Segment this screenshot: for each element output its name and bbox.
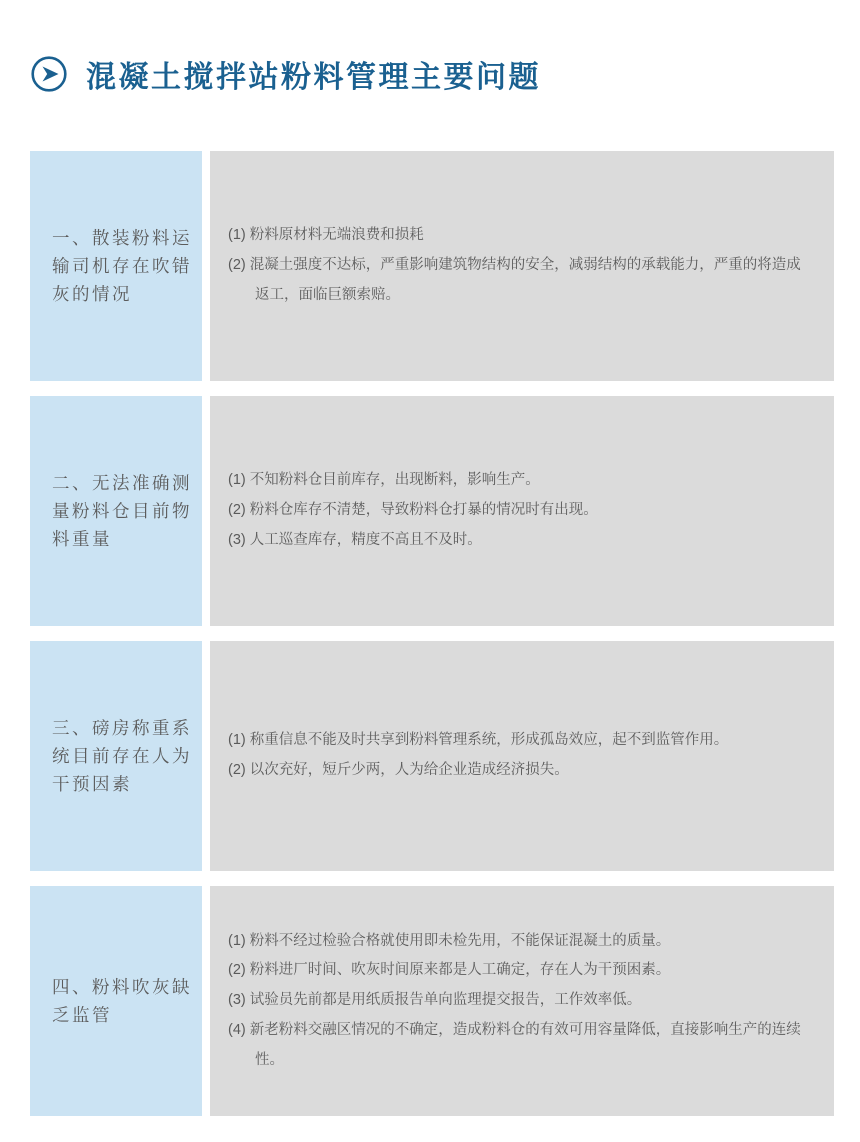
row-label-1: 一、散装粉料运 输司机存在吹错 灰的情况 [30, 151, 202, 381]
arrow-circle-icon [30, 55, 68, 93]
page-title: 混凝土搅拌站粉料管理主要问题 [86, 52, 541, 96]
content-item: (1) 粉料不经过检验合格就使用即未检先用，不能保证混凝土的质量。 [228, 927, 814, 957]
content-item: (2) 以次充好，短斤少两，人为给企业造成经济损失。 [228, 756, 814, 786]
content-item: (2) 粉料进厂时间、吹灰时间原来都是人工确定，存在人为干预困素。 [228, 956, 814, 986]
problem-row-1: 一、散装粉料运 输司机存在吹错 灰的情况 (1) 粉料原材料无端浪费和损耗(2)… [30, 151, 834, 381]
problem-row-2: 二、无法准确测 量粉料仓目前物 料重量 (1) 不知粉料仓目前库存，出现断料，影… [30, 396, 834, 626]
row-content-1: (1) 粉料原材料无端浪费和损耗(2) 混凝土强度不达标，严重影响建筑物结构的安… [210, 151, 834, 381]
content-item: (3) 试验员先前都是用纸质报告单向监理提交报告，工作效率低。 [228, 986, 814, 1016]
problem-row-4: 四、粉料吹灰缺 乏监管 (1) 粉料不经过检验合格就使用即未检先用，不能保证混凝… [30, 886, 834, 1116]
problem-row-3: 三、磅房称重系 统目前存在人为 干预因素 (1) 称重信息不能及时共享到粉料管理… [30, 641, 834, 871]
row-label-4: 四、粉料吹灰缺 乏监管 [30, 886, 202, 1116]
content-item: (3) 人工巡查库存，精度不高且不及时。 [228, 526, 814, 556]
row-content-4: (1) 粉料不经过检验合格就使用即未检先用，不能保证混凝土的质量。(2) 粉料进… [210, 886, 834, 1116]
row-label-2: 二、无法准确测 量粉料仓目前物 料重量 [30, 396, 202, 626]
content-item: (1) 粉料原材料无端浪费和损耗 [228, 221, 814, 251]
content-item: (1) 不知粉料仓目前库存，出现断料，影响生产。 [228, 466, 814, 496]
row-content-2: (1) 不知粉料仓目前库存，出现断料，影响生产。(2) 粉料仓库存不清楚，导致粉… [210, 396, 834, 626]
slide-page: 混凝土搅拌站粉料管理主要问题 一、散装粉料运 输司机存在吹错 灰的情况 (1) … [0, 0, 860, 1142]
content-item: (2) 混凝土强度不达标，严重影响建筑物结构的安全，减弱结构的承载能力，严重的将… [228, 251, 814, 310]
row-label-3: 三、磅房称重系 统目前存在人为 干预因素 [30, 641, 202, 871]
problem-list: 一、散装粉料运 输司机存在吹错 灰的情况 (1) 粉料原材料无端浪费和损耗(2)… [30, 151, 834, 1116]
content-item: (1) 称重信息不能及时共享到粉料管理系统，形成孤岛效应，起不到监管作用。 [228, 726, 814, 756]
content-item: (2) 粉料仓库存不清楚，导致粉料仓打暴的情况时有出现。 [228, 496, 814, 526]
header: 混凝土搅拌站粉料管理主要问题 [30, 52, 541, 96]
content-item: (4) 新老粉料交融区情况的不确定，造成粉料仓的有效可用容量降低，直接影响生产的… [228, 1016, 814, 1075]
row-content-3: (1) 称重信息不能及时共享到粉料管理系统，形成孤岛效应，起不到监管作用。(2)… [210, 641, 834, 871]
